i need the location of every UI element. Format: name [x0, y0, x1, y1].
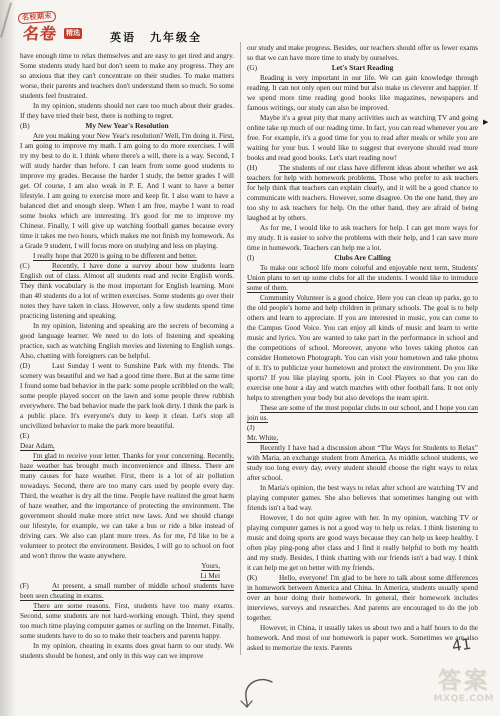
paragraph-d: (D)Last Sunday I went to Sunshine Park w… — [20, 361, 234, 431]
paragraph-g-pity: Maybe it's a great pity that many activi… — [247, 113, 478, 163]
underlined-answer-text: Community Volunteer is a good choice. — [260, 294, 375, 302]
paragraph-h-opinion: As for me, I would like to ask teachers … — [247, 223, 478, 253]
scan-left-shadow — [0, 0, 16, 716]
paragraph-k: (K)Hello, everyone! I'm glad to be here … — [247, 573, 478, 623]
paragraph-i-intro: To make our school life more colorful an… — [247, 263, 478, 293]
underlined-answer-text: At present, a small number of middle sch… — [20, 582, 234, 600]
page-header: 名校期末 名卷 精选 英语 九年级全 — [16, 11, 202, 45]
passage-i-title: (I)Clubs Are Calling — [247, 253, 478, 263]
signoff-line: Li Mei — [20, 571, 220, 581]
paragraph-g-body: Reading is very important in our life. W… — [247, 73, 478, 113]
body-text: In my opinion, students should not care … — [20, 102, 234, 120]
passage-e-label: (E) — [20, 431, 234, 441]
letter-salutation-white: Mr. White, — [247, 433, 478, 443]
body-text: Maybe it's a great pity that many activi… — [247, 114, 478, 162]
body-text: brought much inconvenience and illness. … — [20, 462, 234, 560]
underlined-answer-text: Dear Adam, — [20, 442, 55, 450]
paragraph-label: (D) — [20, 361, 52, 371]
passage-title-text: Let's Start Reading — [332, 63, 394, 72]
paragraph-label: (C) — [20, 261, 52, 271]
paragraph-h: (H)The students of our class have differ… — [247, 163, 478, 223]
letter-signoff: Yours,Li Mei — [20, 561, 234, 581]
paragraph-f-continuation: our study and make progress. Besides, ou… — [247, 43, 478, 63]
paragraph-label: (I) — [247, 253, 254, 263]
right-column: our study and make progress. Besides, ou… — [247, 43, 478, 653]
paragraph-f-reasons: There are some reasons. First, students … — [20, 601, 234, 641]
underlined-answer-text: Reading is very important in our life. — [260, 74, 376, 82]
series-logo: 名校期末 名卷 精选 — [16, 11, 104, 45]
body-text: In my opinion, listening and speaking ar… — [20, 322, 234, 360]
signoff-text: Yours, — [201, 562, 220, 570]
underlined-answer-text: Mr. White, — [247, 434, 278, 442]
body-text: However, I do not quite agree with her. … — [247, 514, 478, 572]
left-column: have enough time to relax themselves and… — [20, 51, 234, 661]
paragraph-a-continuation: have enough time to relax themselves and… — [20, 51, 234, 101]
scanned-workbook-page: { "header": { "logo": { "bubble_text": "… — [0, 0, 500, 716]
body-text: Last Sunday I went to Sunshine Park with… — [20, 362, 234, 430]
paragraph-label: (F) — [20, 581, 52, 591]
paragraph-a-opinion: In my opinion, students should not care … — [20, 101, 234, 121]
paragraph-j-body: Recently I have had a discussion about “… — [247, 443, 478, 483]
logo-badge-text: 精选 — [64, 28, 82, 39]
passage-b-title: (B)My New Year's Resolution — [20, 121, 234, 131]
underlined-answer-text: Are you making your New Year's resolutio… — [33, 132, 234, 140]
paragraph-label: (E) — [20, 431, 52, 441]
scan-corner-mark — [0, 2, 12, 37]
paragraph-label: (K) — [247, 573, 279, 583]
paragraph-i-closing: These are some of the most popular clubs… — [247, 403, 478, 423]
body-text: In Maria's opinion, the best ways to rel… — [247, 484, 478, 512]
handwritten-arrow-mark — [236, 674, 276, 714]
body-text: In my opinion, cheating in exams does gr… — [20, 642, 234, 660]
grade-label: 九年级全 — [150, 29, 202, 45]
body-text: Here you can clean up parks, go to the o… — [247, 294, 478, 402]
paragraph-i-clubs: Community Volunteer is a good choice. He… — [247, 293, 478, 403]
paragraph-c: (C)Recently, I have done a survey about … — [20, 261, 234, 321]
body-text: I am going to improve my math. I am goin… — [20, 142, 234, 250]
passage-g-title: (G)Let's Start Reading — [247, 63, 478, 73]
paragraph-e-body: I'm glad to receive your letter. Thanks … — [20, 451, 234, 561]
page-edge-arrow-icon: ▶ — [483, 118, 488, 126]
body-text: As for me, I would like to ask teachers … — [247, 224, 478, 252]
paragraph-b-hope: I really hope that 2020 is going to be d… — [20, 251, 234, 261]
body-text: our study and make progress. Besides, ou… — [247, 44, 478, 62]
paragraph-label: (B) — [20, 121, 30, 131]
watermark-site-text: MXQE.COM — [434, 694, 494, 705]
paragraph-k-china: However, in China, it usually takes us a… — [247, 623, 478, 653]
paragraph-j-disagree: However, I do not quite agree with her. … — [247, 513, 478, 573]
underlined-answer-text: I really hope that 2020 is going to be d… — [33, 252, 197, 260]
underlined-answer-text: To make our school life more colorful an… — [247, 264, 478, 292]
paragraph-label: (G) — [247, 63, 257, 73]
passage-title-text: Clubs Are Calling — [334, 253, 391, 262]
logo-main-text: 名卷 — [22, 21, 58, 44]
paragraph-label: (J) — [247, 423, 279, 433]
signoff-line: Yours, — [20, 561, 220, 571]
paragraph-f: (F)At present, a small number of middle … — [20, 581, 234, 601]
underlined-answer-text: These are some of the most popular clubs… — [247, 404, 478, 422]
watermark-answer-text: 答案 — [434, 668, 494, 694]
paragraph-c-opinion: In my opinion, listening and speaking ar… — [20, 321, 234, 361]
handwritten-page-number: 41 — [451, 635, 473, 656]
paragraph-b-body: Are you making your New Year's resolutio… — [20, 131, 234, 251]
signoff-text: Li Mei — [200, 572, 220, 580]
passage-j-label: (J) — [247, 423, 478, 433]
paragraph-f-opinion: In my opinion, cheating in exams does gr… — [20, 641, 234, 661]
passage-title-text: My New Year's Resolution — [85, 121, 168, 130]
column-divider — [240, 42, 241, 655]
body-text: However, in China, it usually takes us a… — [247, 624, 478, 652]
answer-watermark: 答案 MXQE.COM — [434, 668, 494, 705]
subject-label: 英语 — [110, 29, 136, 45]
paragraph-j-maria: In Maria's opinion, the best ways to rel… — [247, 483, 478, 513]
letter-salutation-adam: Dear Adam, — [20, 441, 234, 451]
body-text: have enough time to relax themselves and… — [20, 52, 234, 100]
paragraph-label: (H) — [247, 163, 279, 173]
underlined-answer-text: There are some reasons. — [33, 602, 110, 610]
